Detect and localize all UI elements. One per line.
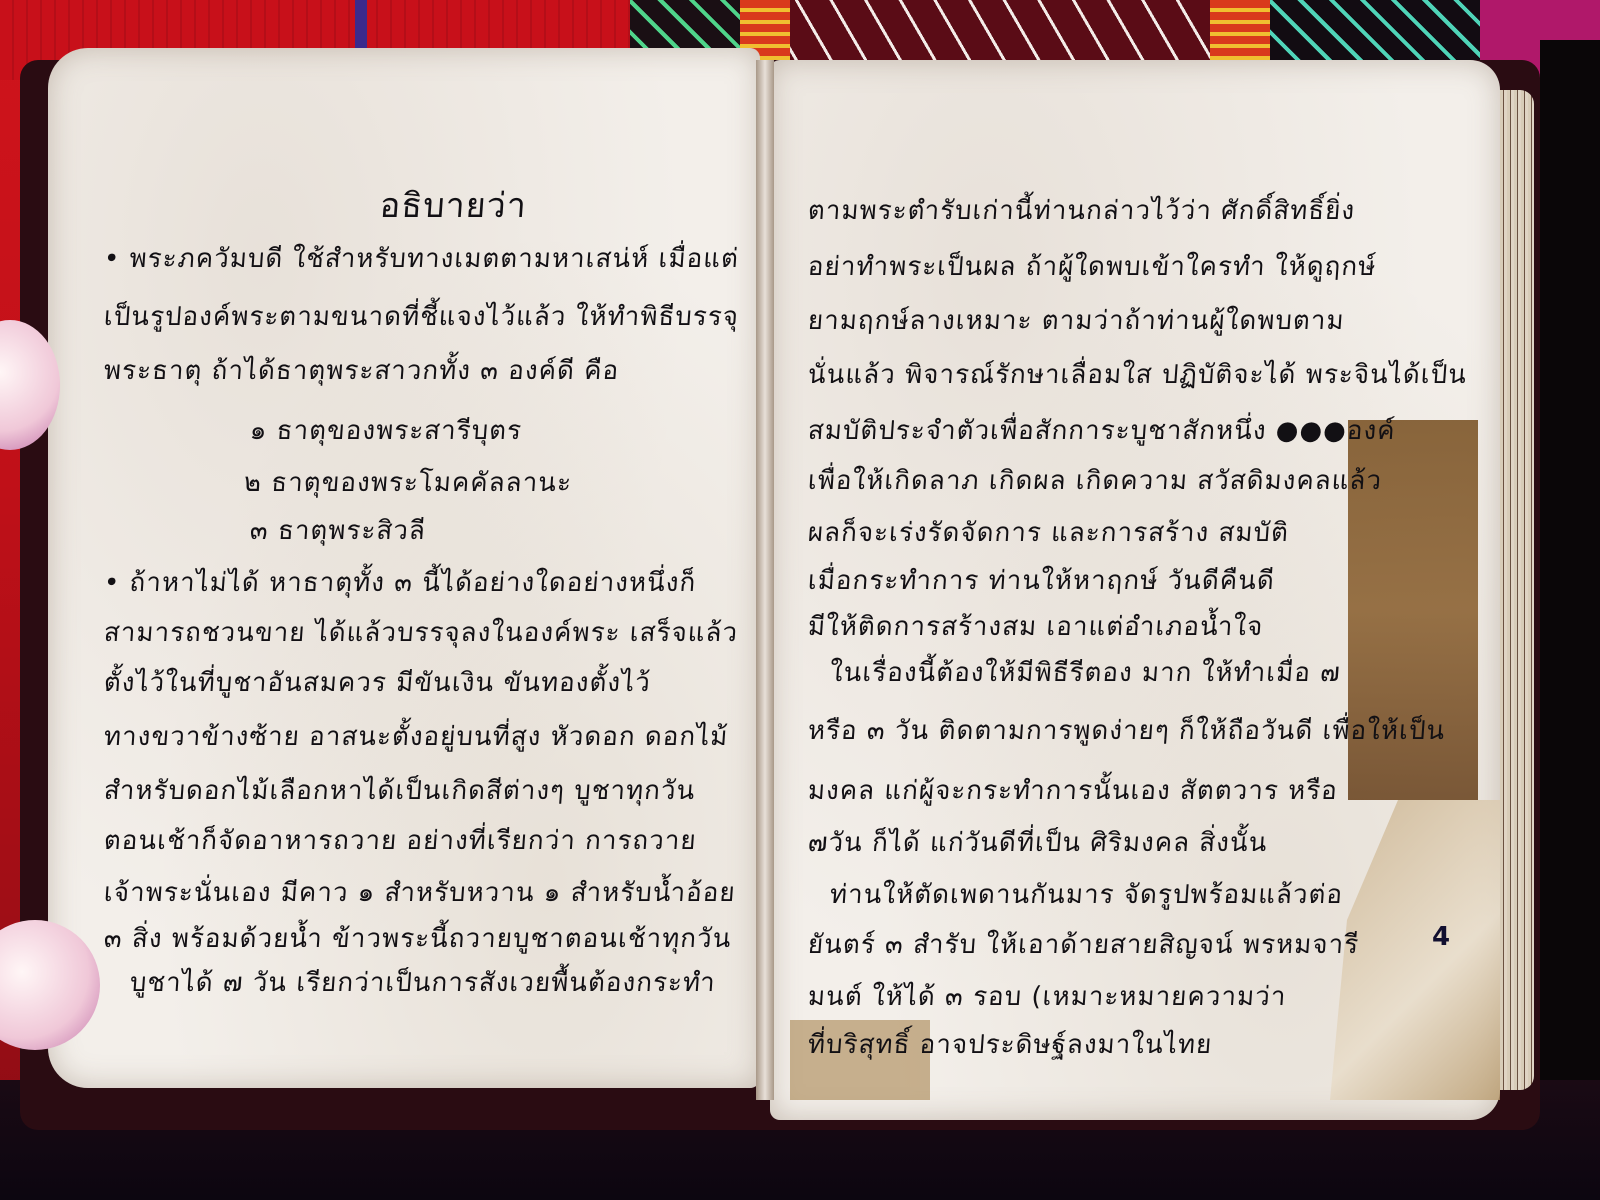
left-line-9: ตั้งไว้ในที่บูชาอันสมควร มีขันเงิน ขันทอ… — [103, 662, 653, 703]
right-line-2: อย่าทำพระเป็นผล ถ้าผู้ใดพบเข้าใครทำ ให้ด… — [807, 246, 1378, 287]
right-line-12: มงคล แก่ผู้จะกระทำการนั้นเอง สัตตวาร หรื… — [807, 770, 1340, 811]
left-line-2: เป็นรูปองค์พระตามขนาดที่ชี้แจงไว้แล้ว ให… — [103, 296, 741, 337]
right-line-3: ยามฤกษ์ลางเหมาะ ตามว่าถ้าท่านผู้ใดพบตาม — [807, 300, 1346, 341]
left-list-item-1: ๑ ธาตุของพระสารีบุตร — [249, 410, 524, 451]
left-list-item-2: ๒ ธาตุของพระโมคคัลลานะ — [243, 462, 574, 503]
right-line-9: มีให้ติดการสร้างสม เอาแต่อำเภอน้ำใจ — [807, 606, 1265, 647]
left-line-11: สำหรับดอกไม้เลือกหาได้เป็นเกิดสีต่างๆ บู… — [103, 770, 697, 811]
right-line-14: ท่านให้ตัดเพดานกันมาร จัดรูปพร้อมแล้วต่อ — [829, 874, 1345, 915]
right-line-15: ยันตร์ ๓ สำรับ ให้เอาด้ายสายสิญจน์ พรหมจ… — [807, 924, 1361, 965]
right-line-17: ที่บริสุทธิ์ อาจประดิษฐ์ลงมาในไทย — [807, 1024, 1214, 1065]
book-gutter — [756, 60, 774, 1100]
right-line-7: ผลก็จะเร่งรัดจัดการ และการสร้าง สมบัติ — [807, 512, 1291, 553]
right-line-13: ๗วัน ก็ได้ แก่วันดีที่เป็น ศิริมงคล สิ่ง… — [807, 822, 1269, 863]
dark-background-right — [1540, 40, 1600, 1200]
right-line-10: ในเรื่องนี้ต้องให้มีพิธีรีตอง มาก ให้ทำเ… — [829, 652, 1343, 693]
left-line-13: เจ้าพระนั่นเอง มีคาว ๑ สำหรับหวาน ๑ สำหร… — [103, 872, 738, 913]
page-edges — [1500, 90, 1534, 1090]
left-page-title: อธิบายว่า — [378, 178, 529, 232]
left-line-10: ทางขวาข้างซ้าย อาสนะตั้งอยู่บนที่สูง หัว… — [103, 716, 730, 757]
left-line-15: บูชาได้ ๗ วัน เรียกว่าเป็นการสังเวยพื้นต… — [129, 962, 718, 1003]
page-number: 4 — [1432, 922, 1450, 952]
left-line-3: พระธาตุ ถ้าได้ธาตุพระสาวกทั้ง ๓ องค์ดี ค… — [103, 350, 621, 391]
left-line-1: • พระภควัมบดี ใช้สำหรับทางเมตตามหาเสน่ห์… — [103, 238, 741, 279]
left-line-8: สามารถชวนขาย ได้แล้วบรรจุลงในองค์พระ เสร… — [103, 612, 740, 653]
left-line-14: ๓ สิ่ง พร้อมด้วยน้ำ ข้าวพระนี้ถวายบูชาตอ… — [103, 918, 733, 959]
left-line-7: • ถ้าหาไม่ได้ หาธาตุทั้ง ๓ นี้ได้อย่างใด… — [103, 562, 698, 603]
left-list-item-3: ๓ ธาตุพระสิวลี — [249, 510, 428, 551]
right-line-6: เพื่อให้เกิดลาภ เกิดผล เกิดความ สวัสดิมง… — [807, 460, 1384, 501]
right-line-5: สมบัติประจำตัวเพื่อสักการะบูชาสักหนึ่ง ●… — [807, 410, 1398, 451]
right-line-1: ตามพระตำรับเก่านี้ท่านกล่าวไว้ว่า ศักดิ์… — [807, 190, 1357, 231]
right-line-16: มนต์ ให้ได้ ๓ รอบ (เหมาะหมายความว่า — [807, 976, 1288, 1017]
left-line-12: ตอนเช้าก็จัดอาหารถวาย อย่างที่เรียกว่า ก… — [103, 820, 699, 861]
right-line-11: หรือ ๓ วัน ติดตามการพูดง่ายๆ ก็ให้ถือวัน… — [807, 710, 1447, 751]
right-line-4: นั่นแล้ว พิจารณ์รักษาเลื่อมใส ปฏิบัติจะไ… — [807, 354, 1469, 395]
right-line-8: เมื่อกระทำการ ท่านให้หาฤกษ์ วันดีคืนดี — [807, 560, 1277, 601]
